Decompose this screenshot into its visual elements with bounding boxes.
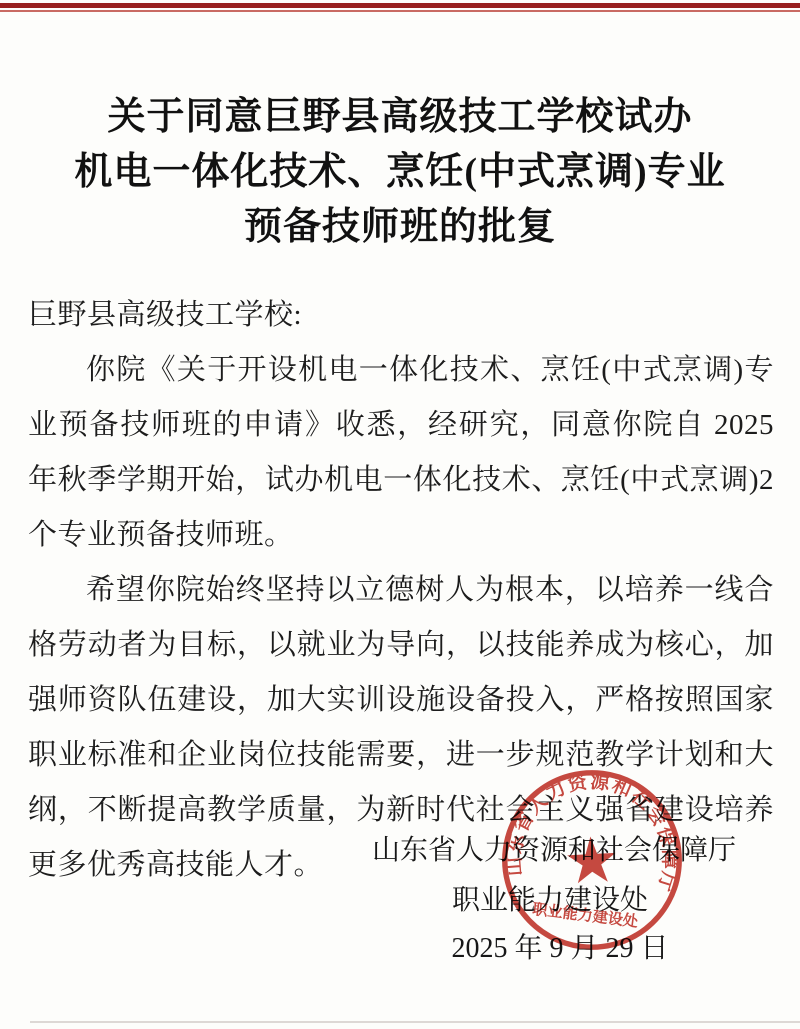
signature-org: 山东省人力资源和社会保障厅 bbox=[372, 828, 702, 868]
signature-date: 2025 年 9 月 29 日 bbox=[440, 926, 680, 966]
title-line-3: 预备技师班的批复 bbox=[40, 200, 760, 255]
document-body: 巨野县高级技工学校: 你院《关于开设机电一体化技术、烹饪(中式烹调)专业预备技师… bbox=[28, 288, 774, 893]
signature-dept: 职业能力建设处 bbox=[430, 878, 670, 918]
title-line-2: 机电一体化技术、烹饪(中式烹调)专业 bbox=[40, 145, 760, 200]
header-red-rule-thin bbox=[0, 10, 800, 12]
scan-artifact-line bbox=[30, 1021, 800, 1023]
header-red-rule bbox=[0, 3, 800, 8]
title-line-1: 关于同意巨野县高级技工学校试办 bbox=[40, 90, 760, 145]
paragraph-1: 你院《关于开设机电一体化技术、烹饪(中式烹调)专业预备技师班的申请》收悉，经研究… bbox=[28, 343, 774, 563]
salutation: 巨野县高级技工学校: bbox=[28, 288, 774, 343]
document-page: 关于同意巨野县高级技工学校试办 机电一体化技术、烹饪(中式烹调)专业 预备技师班… bbox=[0, 0, 800, 1029]
document-title: 关于同意巨野县高级技工学校试办 机电一体化技术、烹饪(中式烹调)专业 预备技师班… bbox=[40, 90, 760, 255]
